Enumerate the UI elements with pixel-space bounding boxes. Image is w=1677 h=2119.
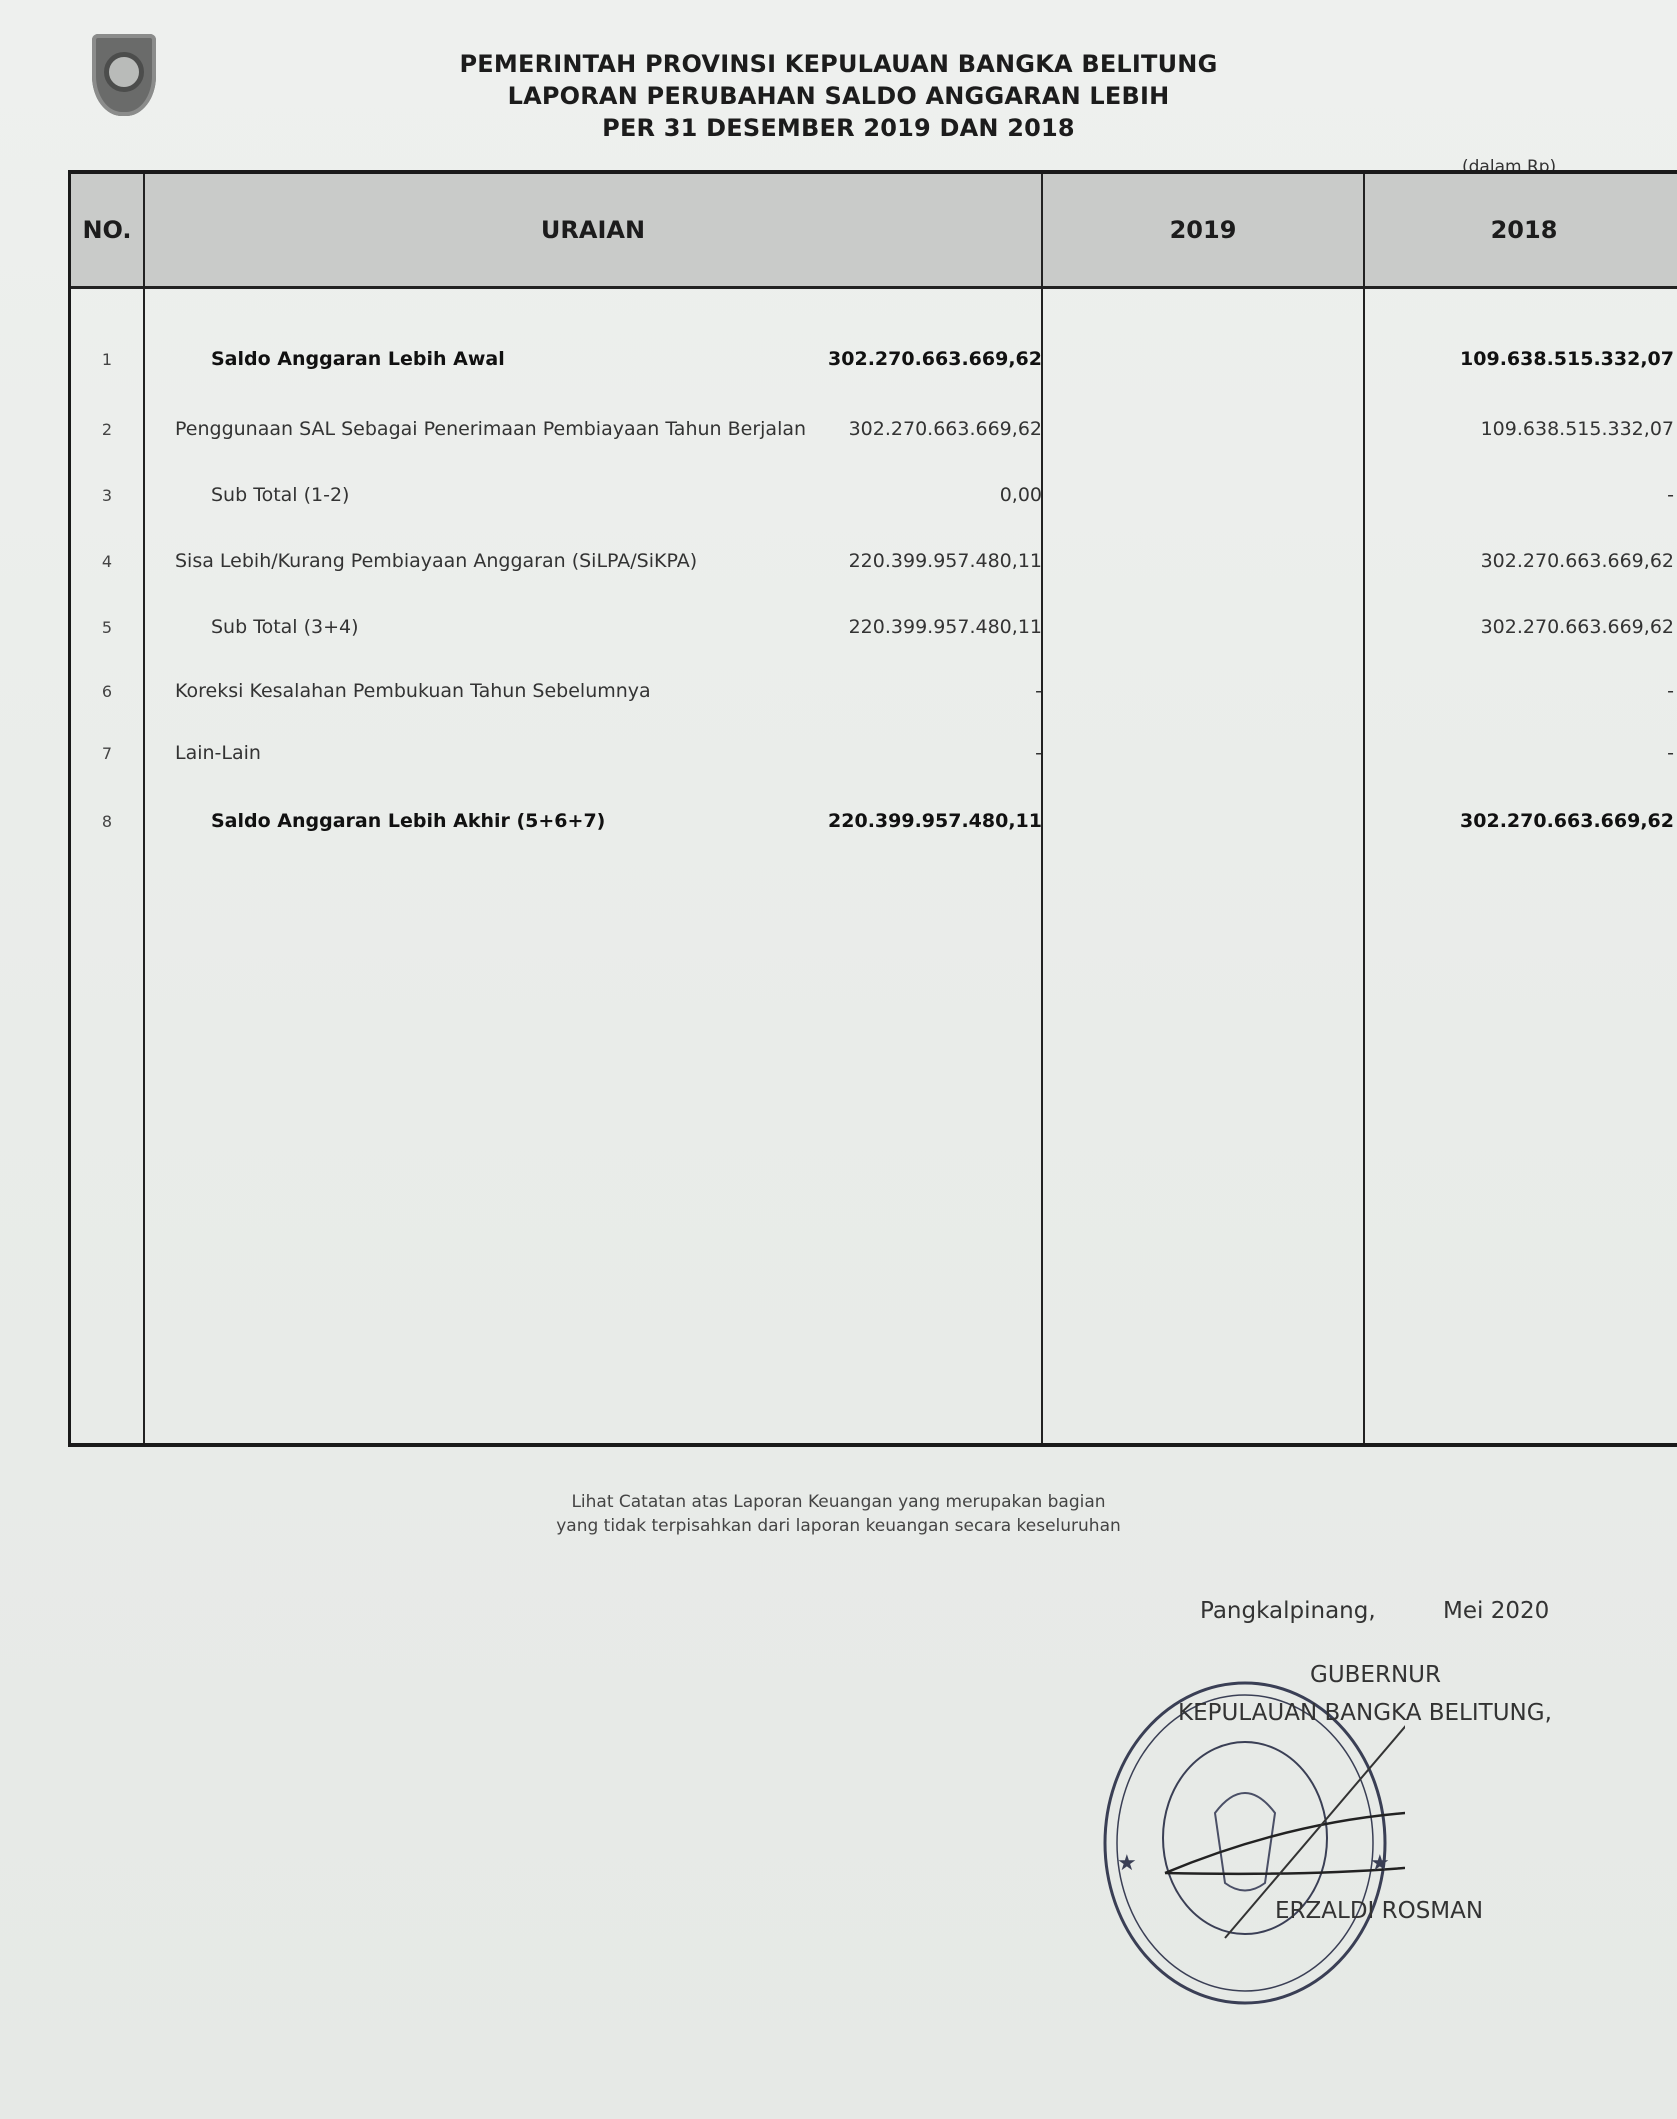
value-2018: 302.270.663.669,62 xyxy=(1481,550,1674,572)
footnote-line-2: yang tidak terpisahkan dari laporan keua… xyxy=(0,1514,1677,1538)
signatory-title: GUBERNUR xyxy=(1310,1662,1441,1688)
row-number: 8 xyxy=(71,812,143,831)
table-row: 5Sub Total (3+4)220.399.957.480,11302.27… xyxy=(71,610,1677,650)
title-line-2: LAPORAN PERUBAHAN SALDO ANGGARAN LEBIH xyxy=(0,80,1677,112)
table-header: NO. URAIAN 2019 2018 xyxy=(71,174,1677,289)
svg-text:★: ★ xyxy=(1117,1851,1137,1876)
col-header-uraian: URAIAN xyxy=(145,174,1041,286)
value-2018: 302.270.663.669,62 xyxy=(1460,810,1674,832)
footnote-line-1: Lihat Catatan atas Laporan Keuangan yang… xyxy=(0,1490,1677,1514)
svg-text:★: ★ xyxy=(1370,1851,1390,1876)
col-header-2018: 2018 xyxy=(1365,174,1677,286)
signature-date: Mei 2020 xyxy=(1443,1598,1549,1624)
row-number: 1 xyxy=(71,350,143,369)
table-row: 7Lain-Lain-- xyxy=(71,736,1677,776)
value-2019: - xyxy=(1035,680,1042,702)
row-description: Penggunaan SAL Sebagai Penerimaan Pembia… xyxy=(175,418,806,440)
table-row: 3Sub Total (1-2)0,00- xyxy=(71,478,1677,518)
value-2018: - xyxy=(1667,484,1674,506)
signatory-office: KEPULAUAN BANGKA BELITUNG, xyxy=(1178,1700,1552,1726)
table-row: 6Koreksi Kesalahan Pembukuan Tahun Sebel… xyxy=(71,674,1677,714)
footnote: Lihat Catatan atas Laporan Keuangan yang… xyxy=(0,1490,1677,1538)
value-2019: 220.399.957.480,11 xyxy=(828,810,1042,832)
signatory-name: ERZALDI ROSMAN xyxy=(1275,1898,1483,1924)
row-number: 3 xyxy=(71,486,143,505)
row-description: Saldo Anggaran Lebih Awal xyxy=(211,348,505,370)
value-2018: - xyxy=(1667,742,1674,764)
row-description: Sub Total (3+4) xyxy=(211,616,359,638)
table-row: 1Saldo Anggaran Lebih Awal302.270.663.66… xyxy=(71,342,1677,382)
row-description: Saldo Anggaran Lebih Akhir (5+6+7) xyxy=(211,810,605,832)
value-2018: 302.270.663.669,62 xyxy=(1481,616,1674,638)
row-description: Lain-Lain xyxy=(175,742,261,764)
col-header-no: NO. xyxy=(71,174,143,286)
table-row: 2Penggunaan SAL Sebagai Penerimaan Pembi… xyxy=(71,412,1677,452)
table-row: 4Sisa Lebih/Kurang Pembiayaan Anggaran (… xyxy=(71,544,1677,584)
row-number: 6 xyxy=(71,682,143,701)
value-2019: 220.399.957.480,11 xyxy=(849,616,1042,638)
table-row: 8Saldo Anggaran Lebih Akhir (5+6+7)220.3… xyxy=(71,804,1677,844)
row-number: 2 xyxy=(71,420,143,439)
sal-table: NO. URAIAN 2019 2018 1Saldo Anggaran Leb… xyxy=(68,170,1677,1447)
signature-place: Pangkalpinang, xyxy=(1200,1598,1376,1624)
title-line-1: PEMERINTAH PROVINSI KEPULAUAN BANGKA BEL… xyxy=(0,48,1677,80)
value-2019: - xyxy=(1035,742,1042,764)
title-line-3: PER 31 DESEMBER 2019 DAN 2018 xyxy=(0,112,1677,144)
value-2018: 109.638.515.332,07 xyxy=(1460,348,1674,370)
value-2019: 220.399.957.480,11 xyxy=(849,550,1042,572)
row-number: 4 xyxy=(71,552,143,571)
document-title: PEMERINTAH PROVINSI KEPULAUAN BANGKA BEL… xyxy=(0,48,1677,144)
row-description: Koreksi Kesalahan Pembukuan Tahun Sebelu… xyxy=(175,680,651,702)
value-2018: - xyxy=(1667,680,1674,702)
official-stamp-icon: ★ ★ xyxy=(1095,1638,1405,2008)
row-description: Sisa Lebih/Kurang Pembiayaan Anggaran (S… xyxy=(175,550,697,572)
row-description: Sub Total (1-2) xyxy=(211,484,349,506)
row-number: 7 xyxy=(71,744,143,763)
col-header-2019: 2019 xyxy=(1043,174,1363,286)
value-2018: 109.638.515.332,07 xyxy=(1481,418,1674,440)
value-2019: 302.270.663.669,62 xyxy=(828,348,1042,370)
value-2019: 302.270.663.669,62 xyxy=(849,418,1042,440)
value-2019: 0,00 xyxy=(1000,484,1042,506)
row-number: 5 xyxy=(71,618,143,637)
